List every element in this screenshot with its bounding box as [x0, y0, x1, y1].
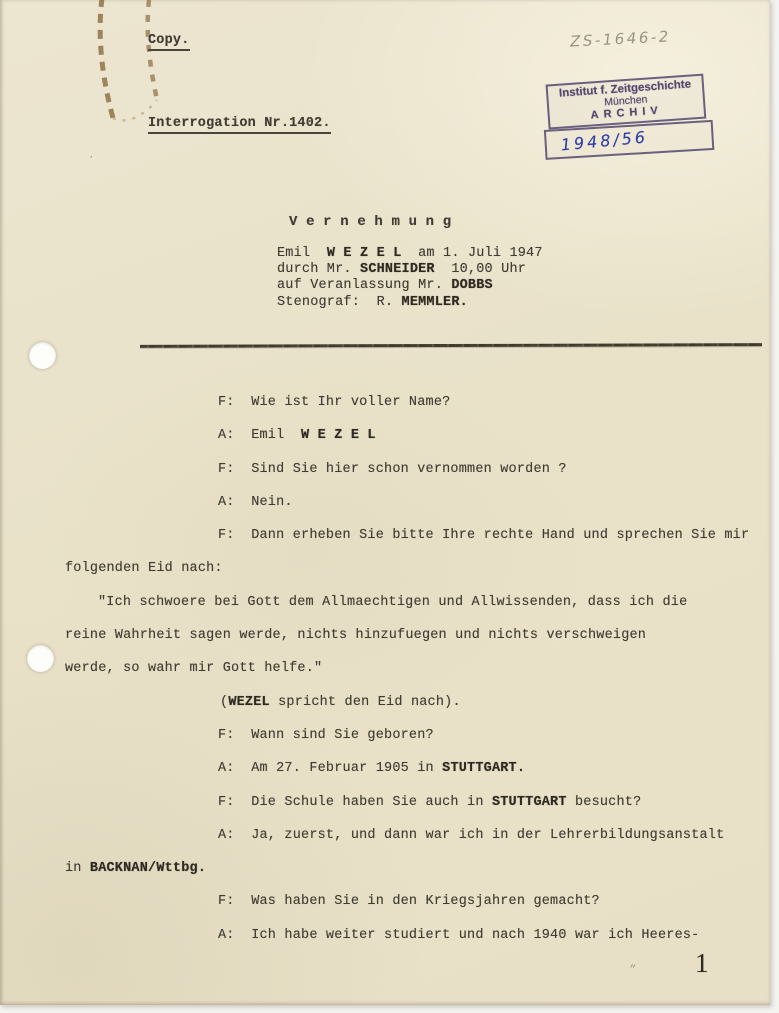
header-line: durch Mr. SCHNEIDER 10,00 Uhr	[277, 262, 543, 278]
hole-punch-bottom	[27, 645, 54, 672]
pencil-stray-mark: ·	[88, 152, 95, 164]
interrogation-header-block: Emil W E Z E L am 1. Juli 1947durch Mr. …	[277, 246, 543, 311]
transcript-line: F: Dann erheben Sie bitte Ihre rechte Ha…	[65, 519, 755, 552]
transcript-line: F: Wie ist Ihr voller Name?	[65, 386, 755, 419]
stray-ink-mark: „	[629, 958, 637, 971]
transcript-line: A: Emil W E Z E L	[65, 419, 755, 452]
interrogation-number-label: Interrogation Nr.1402.	[148, 116, 331, 134]
transcript-line: F: Was haben Sie in den Kriegsjahren gem…	[65, 885, 755, 918]
copy-label: Copy.	[148, 33, 190, 51]
transcript-line: (WEZEL spricht den Eid nach).	[65, 686, 755, 719]
document-page: Copy. Interrogation Nr.1402. ZS-1646-2 I…	[0, 0, 770, 1005]
transcript-body: F: Wie ist Ihr voller Name?A: Emil W E Z…	[65, 386, 755, 952]
transcript-line: reine Wahrheit sagen werde, nichts hinzu…	[65, 619, 755, 652]
transcript-line: folgenden Eid nach:	[65, 552, 755, 585]
header-line: Emil W E Z E L am 1. Juli 1947	[277, 246, 543, 262]
transcript-line: A: Ich habe weiter studiert und nach 194…	[65, 919, 755, 952]
transcript-line: F: Sind Sie hier schon vernommen worden …	[65, 453, 755, 486]
transcript-line: A: Ja, zuerst, und dann war ich in der L…	[65, 819, 755, 852]
transcript-line: A: Am 27. Februar 1905 in STUTTGART.	[65, 752, 755, 785]
archive-stamp: Institut f. Zeitgeschichte München ARCHI…	[546, 74, 709, 161]
header-line: Stenograf: R. MEMMLER.	[277, 295, 543, 311]
document-title: Vernehmung	[289, 214, 460, 230]
transcript-line: "Ich schwoere bei Gott dem Allmaechtigen…	[65, 586, 755, 619]
transcript-line: in BACKNAN/Wttbg.	[65, 852, 755, 885]
page-number: 1	[695, 948, 709, 979]
archive-accession-number: 1948/56	[560, 127, 649, 154]
handwritten-archive-reference: ZS-1646-2	[570, 27, 672, 50]
hole-punch-top	[29, 342, 56, 369]
transcript-line: werde, so wahr mir Gott helfe."	[65, 652, 755, 685]
typed-divider-rule	[140, 343, 762, 348]
transcript-line: F: Wann sind Sie geboren?	[65, 719, 755, 752]
transcript-line: A: Nein.	[65, 486, 755, 519]
tape-residue-mark	[86, 0, 178, 128]
header-line: auf Veranlassung Mr. DOBBS	[277, 278, 543, 294]
transcript-line: F: Die Schule haben Sie auch in STUTTGAR…	[65, 786, 755, 819]
